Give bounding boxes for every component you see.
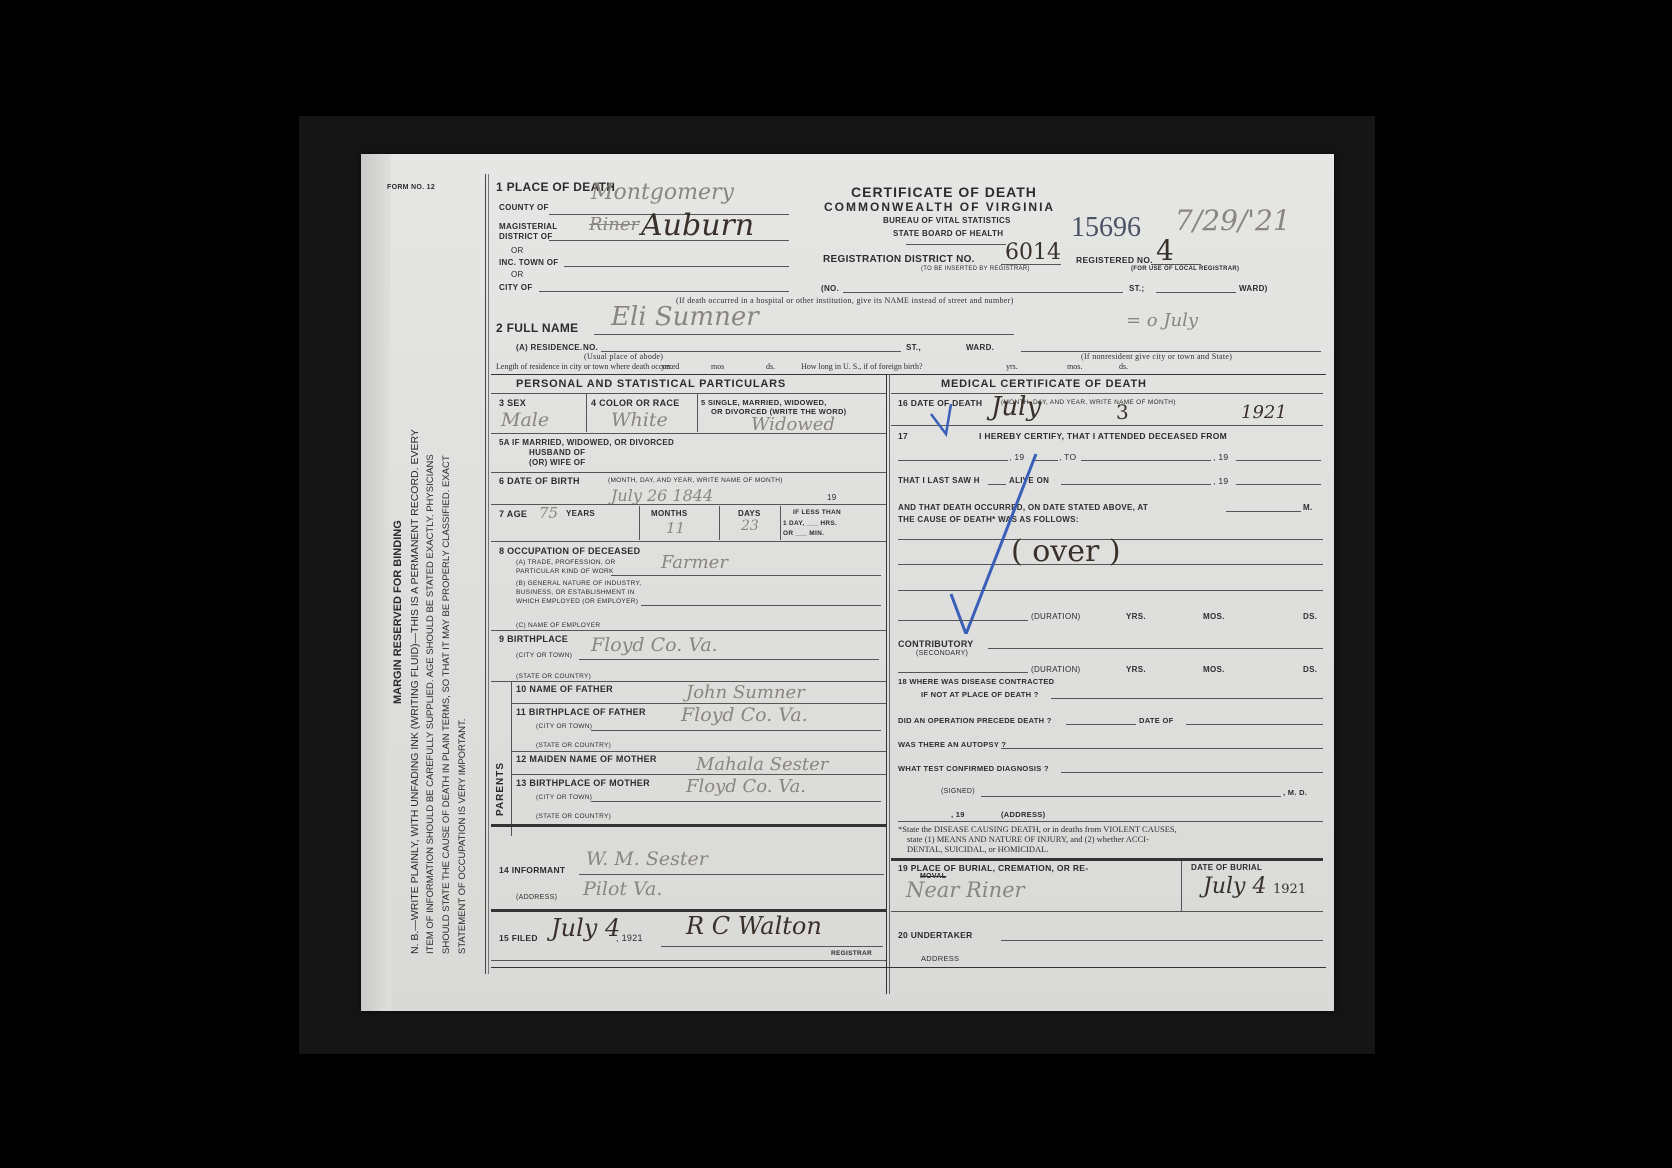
signed-bottom-line [898,821,1323,822]
burial-date-value: July 4 [1203,874,1266,899]
street-no-label: (NO. [821,284,839,293]
mother-birthplace-label: 13 BIRTHPLACE OF MOTHER [516,778,650,788]
contributory-line [988,648,1323,649]
age-divider-2 [719,506,720,540]
occupation-a-2: PARTICULAR KIND OF WORK [516,568,614,575]
undertaker-address-label: ADDRESS [921,954,959,963]
mother-birthplace-value: Floyd Co. Va. [686,776,806,797]
father-name-value: John Sumner [686,682,805,703]
operation-line [1066,724,1136,725]
mother-bp-city-label: (CITY OR TOWN) [536,794,592,801]
margin-instructions-3: SHOULD STATE THE CAUSE OF DEATH IN PLAIN… [441,455,452,954]
duration-2-label: (DURATION) [1031,665,1081,674]
footnote-1: *State the DISEASE CAUSING DEATH, or in … [898,824,1177,834]
informant-value: W. M. Sester [586,848,708,870]
mother-bp-line [591,801,881,802]
dod-year-value: 1921 [1241,402,1287,423]
town-label: INC. TOWN OF [499,258,558,267]
district-struck-value: Riner [589,214,639,235]
secondary-label: (SECONDARY) [916,650,968,657]
dob-19: 19 [827,493,837,502]
birthplace-value: Floyd Co. Va. [591,634,718,656]
father-birthplace-value: Floyd Co. Va. [681,704,808,726]
residence-ds: ds. [766,362,775,371]
dob-value: July 26 1844 [611,486,713,505]
father-bp-state-label: (STATE OR COUNTRY) [536,742,611,749]
town-line [564,266,789,267]
occupation-a-1: (A) TRADE, PROFESSION, OR [516,559,615,566]
commonwealth-title: COMMONWEALTH OF VIRGINIA [824,200,1055,214]
age-divider-3 [780,506,781,540]
certificate-title: CERTIFICATE OF DEATH [851,184,1037,200]
lt-day-3: OR ___ MIN. [783,530,824,537]
residence-label: (A) RESIDENCE. [516,343,582,352]
form-number: FORM NO. 12 [387,184,435,191]
dod-day-value: 3 [1116,400,1129,424]
city-label: CITY OF [499,283,533,292]
duration-2-mos: MOS. [1203,665,1225,674]
autopsy-line [1001,748,1323,749]
personal-heading-line [491,393,886,394]
or-2: OR [511,270,524,279]
occupation-b-3: WHICH EMPLOYED (OR EMPLOYER) [516,598,638,605]
burial-bottom-line [891,911,1323,912]
filed-bottom-line [491,960,886,961]
spouse-label-2: HUSBAND OF [529,448,585,457]
certificate-date-annotation: 7/29/'21 [1175,204,1291,237]
duration-2-ds: DS. [1303,665,1317,674]
duration-2-yrs: YRS. [1126,665,1146,674]
mother-bp-state-label: (STATE OR COUNTRY) [536,813,611,820]
sex-value: Male [501,409,549,431]
mother-name-value: Mahala Sester [696,754,828,775]
medical-bottom-line [891,858,1323,861]
registered-no-note: (FOR USE OF LOCAL REGISTRAR) [1131,266,1239,272]
registered-no-value: 4 [1156,234,1174,267]
informant-label: 14 INFORMANT [499,865,565,875]
footnote-2: state (1) MEANS AND NATURE OF INJURY, an… [907,834,1149,844]
district-value: Auburn [641,208,754,243]
dob-label: 6 DATE OF BIRTH [499,476,580,486]
contracted-label-2: IF NOT AT PLACE OF DEATH ? [921,690,1039,699]
days-label: DAYS [738,509,761,518]
parents-divider [511,681,512,836]
signed-19: , 19 [951,810,965,819]
filed-label: 15 FILED [499,933,538,943]
operation-date-label: DATE OF [1139,716,1173,725]
foreign-ds: ds. [1119,362,1128,371]
alive-19: , 19 [1213,476,1228,486]
registration-district-note: (TO BE INSERTED BY REGISTRAR) [921,266,1030,272]
birthplace-line [579,659,879,660]
sex-divider [586,394,587,432]
board-label: STATE BOARD OF HEALTH [893,229,1003,238]
full-name-line [594,334,1014,335]
registrar-signature: R C Walton [686,912,822,940]
certificate-number: 15696 [1071,212,1141,244]
column-divider-2 [889,374,890,994]
city-line [539,291,789,292]
to-line [1081,460,1211,461]
margin-binding-note: MARGIN RESERVED FOR BINDING [392,520,404,704]
signed-address-label: (ADDRESS) [1001,810,1045,819]
father-bp-bottom-line [511,751,886,752]
occupation-value: Farmer [661,552,728,573]
occupation-a-line [611,575,881,576]
county-label: COUNTY OF [499,203,549,212]
margin-instructions-1: N. B.—WRITE PLAINLY, WITH UNFADING INK (… [409,429,421,954]
to-year-line [1236,460,1321,461]
undertaker-label: 20 UNDERTAKER [898,930,973,940]
foreign-mos: mos. [1067,362,1082,371]
registration-district-label: REGISTRATION DISTRICT NO. [823,254,975,265]
months-value: 11 [666,519,685,537]
age-years-value: 75 [539,504,558,522]
spouse-label-3: (OR) WIFE OF [529,458,585,467]
full-name-value: Eli Sumner [611,302,759,332]
occurred-line [1226,511,1301,512]
residence-note: (Usual place of abode) [584,352,663,361]
duration-1-mos: MOS. [1203,612,1225,621]
residence-no-label: NO. [583,343,598,352]
months-label: MONTHS [651,509,687,518]
sex-label: 3 SEX [499,398,526,408]
birthplace-label: 9 BIRTHPLACE [499,634,568,644]
nonresident-note: (If nonresident give city or town and St… [1081,352,1232,361]
registered-no-label: REGISTERED NO. [1076,255,1153,265]
parents-side-label: PARENTS [495,762,506,816]
duration-1-yrs: YRS. [1126,612,1146,621]
filed-date-value: July 4 [551,914,620,942]
full-name-label: 2 FULL NAME [496,321,578,335]
footnote-3: DENTAL, SUICIDAL, or HOMICIDAL. [907,844,1048,854]
occurred-m: M. [1303,503,1313,512]
margin-instructions-2: ITEM OF INFORMATION SHOULD BE CAREFULLY … [425,454,436,954]
years-label: YEARS [566,509,595,518]
duration-1-ds: DS. [1303,612,1317,621]
to-label: , TO [1059,452,1076,462]
contracted-label-1: 18 WHERE WAS DISEASE CONTRACTED [898,677,1054,686]
autopsy-label: WAS THERE AN AUTOPSY ? [898,740,1006,749]
county-value: Montgomery [591,180,734,205]
st-line [1156,292,1236,293]
contributory-label: CONTRIBUTORY [898,639,974,649]
magisterial-label: MAGISTERIAL [499,222,557,231]
alive-on-line [1061,484,1211,485]
operation-date-line [1186,724,1323,725]
occupation-b-line [641,605,881,606]
duration-line-2 [898,672,1028,673]
st-label: ST.; [1129,284,1144,293]
side-note: = o July [1126,310,1198,331]
burial-divider [1181,861,1182,911]
section-divider-top [491,374,1326,375]
length-residence-label: Length of residence in city or town wher… [496,362,679,371]
row-line-5 [491,630,886,631]
occupation-label: 8 OCCUPATION OF DECEASED [499,546,640,556]
birthplace-city-label: (CITY OR TOWN) [516,652,572,659]
alive-year-line [1236,484,1321,485]
margin-instructions-4: STATEMENT OF OCCUPATION IS VERY IMPORTAN… [457,719,468,954]
title-underline [906,244,1006,245]
form-bottom-line [491,967,1326,968]
race-label: 4 COLOR OR RACE [591,398,680,408]
race-divider [697,394,698,432]
md-label: , M. D. [1283,788,1307,797]
bureau-label: BUREAU OF VITAL STATISTICS [883,216,1011,225]
age-divider-1 [639,506,640,540]
personal-heading: PERSONAL AND STATISTICAL PARTICULARS [516,378,786,390]
row-line-4 [491,541,886,542]
certify-no: 17 [898,431,908,441]
father-name-label: 10 NAME OF FATHER [516,684,613,694]
occupation-b-2: BUSINESS, OR ESTABLISHMENT IN [516,589,635,596]
burial-date-label: DATE OF BURIAL [1191,863,1262,872]
dob-note: (MONTH, DAY, AND YEAR, WRITE NAME OF MON… [608,477,783,484]
marital-label-1: 5 SINGLE, MARRIED, WIDOWED, [701,398,827,407]
mother-name-label: 12 MAIDEN NAME OF MOTHER [516,754,657,764]
foreign-yrs: yrs. [1006,362,1018,371]
ward-label: WARD) [1239,284,1268,293]
lt-day-1: IF LESS THAN [793,509,841,516]
occupation-b-1: (B) GENERAL NATURE OF INDUSTRY, [516,580,641,587]
test-line [1061,772,1323,773]
father-bp-line [591,730,881,731]
row-line-1 [491,433,886,434]
occupation-c: (C) NAME OF EMPLOYER [516,622,600,629]
death-certificate: FORM NO. 12 MARGIN RESERVED FOR BINDING … [361,154,1334,1011]
informant-line [579,874,884,875]
burial-label: 19 PLACE OF BURIAL, CREMATION, OR RE- [898,863,1088,873]
registration-district-value: 6014 [1005,240,1061,265]
street-no-line [843,292,1123,293]
row-line-2 [491,472,886,473]
filed-year: , 1921 [616,933,643,943]
marital-value: Widowed [751,414,835,435]
medical-heading: MEDICAL CERTIFICATE OF DEATH [941,378,1147,390]
district-no-line [1001,264,1061,265]
undertaker-line [1001,940,1323,941]
burial-year-value: 1921 [1273,882,1306,897]
column-divider [886,374,887,994]
informant-address-value: Pilot Va. [583,878,662,900]
registrar-label: REGISTRAR [831,950,872,957]
registered-no-line [1151,264,1201,265]
or-1: OR [511,246,524,255]
residence-yrs: yrs. [661,362,673,371]
residence-st-label: ST., [906,343,921,352]
district-label: DISTRICT OF [499,232,553,241]
registrar-line [661,946,883,947]
operation-label: DID AN OPERATION PRECEDE DEATH ? [898,716,1052,725]
burial-place-value: Near Riner [906,878,1025,902]
signed-line [981,796,1281,797]
age-label: 7 AGE [499,509,527,519]
duration-1-label: (DURATION) [1031,612,1081,621]
contracted-line [1051,698,1323,699]
spouse-label-1: 5A IF MARRIED, WIDOWED, OR DIVORCED [499,438,674,447]
foreign-birth-label: How long in U. S., if of foreign birth? [801,362,923,371]
father-bp-city-label: (CITY OR TOWN) [536,723,592,730]
informant-address-label: (ADDRESS) [516,894,557,901]
parents-bottom-line [491,824,886,827]
father-birthplace-label: 11 BIRTHPLACE OF FATHER [516,707,646,717]
margin-divider [485,174,486,974]
blue-check-mark-icon [921,394,1051,634]
residence-ward-label: WARD. [966,343,994,352]
lt-day-2: 1 DAY, ___ HRS. [783,520,837,527]
race-value: White [611,409,668,431]
to-19: , 19 [1213,452,1228,462]
test-label: WHAT TEST CONFIRMED DIAGNOSIS ? [898,764,1049,773]
margin-divider-2 [488,174,489,974]
residence-mos: mos [711,362,724,371]
days-value: 23 [741,518,759,534]
signed-label: (SIGNED) [941,788,975,795]
mother-line [511,774,886,775]
duration-line-1 [898,620,1028,621]
birthplace-state-label: (STATE OR COUNTRY) [516,673,591,680]
